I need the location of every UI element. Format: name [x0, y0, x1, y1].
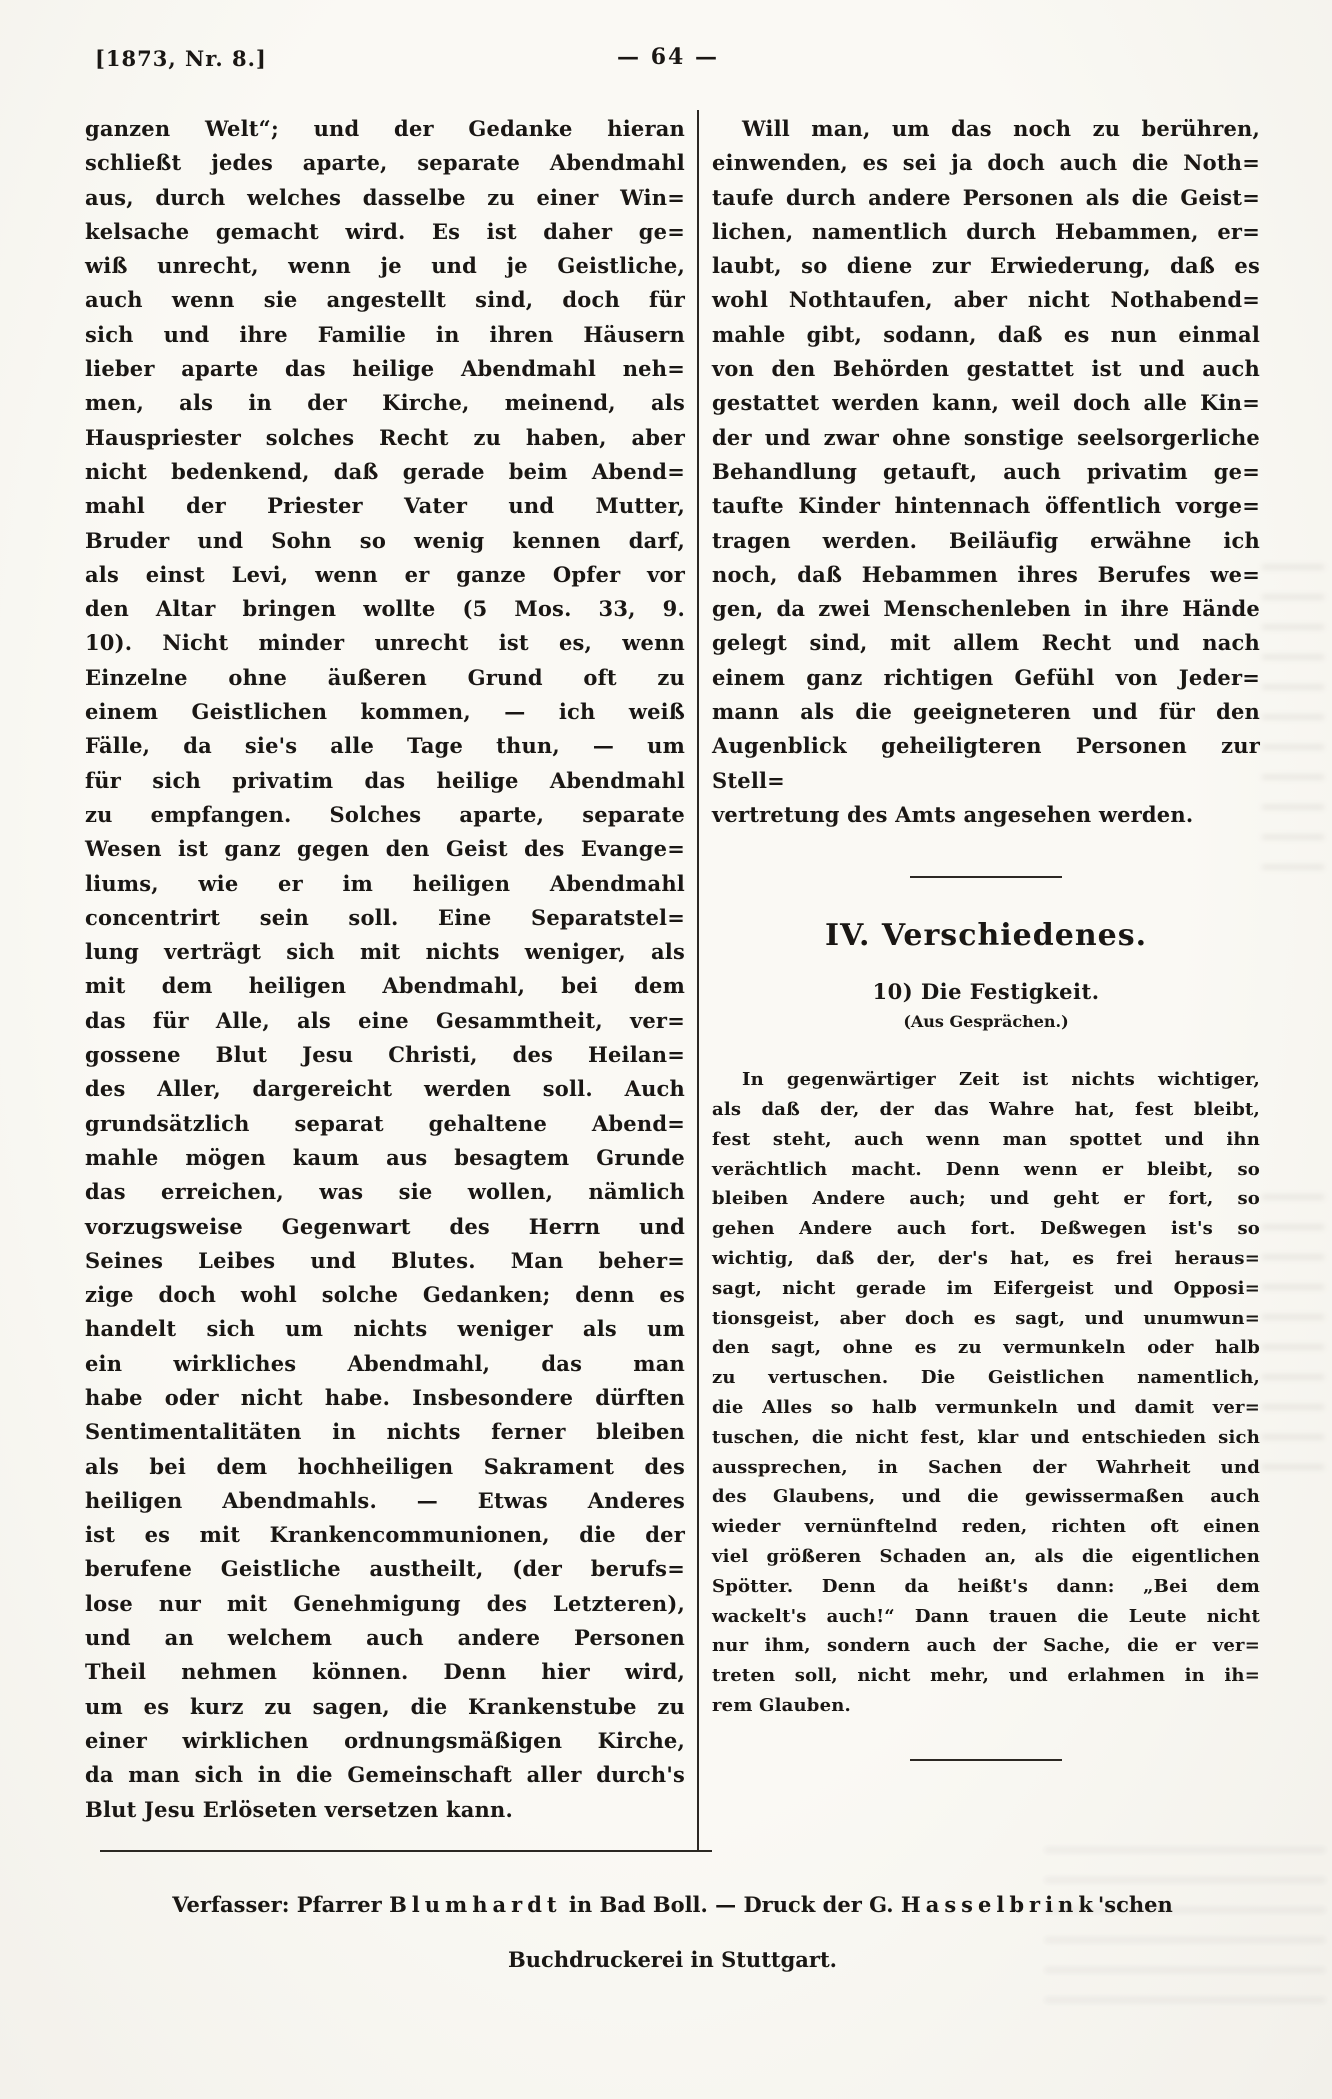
text-line: 10). Nicht minder unrecht ist es, wenn — [85, 626, 685, 660]
text-line: Will man, um das noch zu berühren, — [712, 112, 1260, 146]
text-line: sich und ihre Familie in ihren Häusern — [85, 318, 685, 352]
text-line: das für Alle, als eine Gesammtheit, ver= — [85, 1004, 685, 1038]
text-line: aus, durch welches dasselbe zu einer Win… — [85, 181, 685, 215]
text-line: zige doch wohl solche Gedanken; denn es — [85, 1278, 685, 1312]
text-line: grundsätzlich separat gehaltene Abend= — [85, 1107, 685, 1141]
text-line: der und zwar ohne sonstige seelsorgerlic… — [712, 421, 1260, 455]
text-line: nur ihm, sondern auch der Sache, die er … — [712, 1631, 1260, 1661]
column-divider-rule — [697, 110, 699, 1852]
text-line: Blut Jesu Erlöseten versetzen kann. — [85, 1793, 685, 1827]
imprint-line-2: Buchdruckerei in Stuttgart. — [85, 1947, 1260, 1972]
page-number: — 64 — — [617, 44, 719, 70]
text-line: mahle mögen kaum aus besagtem Grunde — [85, 1141, 685, 1175]
text-line: nicht bedenkend, daß gerade beim Abend= — [85, 455, 685, 489]
text-line: einer wirklichen ordnungsmäßigen Kirche, — [85, 1724, 685, 1758]
imprint-prefix: Verfasser: Pfarrer — [172, 1892, 389, 1917]
text-line: Hauspriester solches Recht zu haben, abe… — [85, 421, 685, 455]
text-line: ein wirkliches Abendmahl, das man — [85, 1347, 685, 1381]
text-line: den Altar bringen wollte (5 Mos. 33, 9. — [85, 592, 685, 626]
imprint-line: Verfasser: Pfarrer Blumhardt in Bad Boll… — [85, 1892, 1260, 1917]
subsection-source: (Aus Gesprächen.) — [712, 1012, 1260, 1031]
text-line: mit dem heiligen Abendmahl, bei dem — [85, 969, 685, 1003]
text-line: mahl der Priester Vater und Mutter, — [85, 489, 685, 523]
end-separator-rule — [910, 1759, 1062, 1761]
text-line: wohl Nothtaufen, aber nicht Nothabend= — [712, 283, 1260, 317]
text-line: handelt sich um nichts weniger als um — [85, 1312, 685, 1346]
text-line: laubt, so diene zur Erwiederung, daß es — [712, 249, 1260, 283]
text-line: ganzen Welt“; und der Gedanke hieran — [85, 112, 685, 146]
text-line: berufene Geistliche austheilt, (der beru… — [85, 1552, 685, 1586]
text-line: Sentimentalitäten in nichts ferner bleib… — [85, 1415, 685, 1449]
text-line: und an welchem auch andere Personen — [85, 1621, 685, 1655]
text-line: die Alles so halb vermunkeln und damit v… — [712, 1393, 1260, 1423]
text-line: taufte Kinder hintennach öffentlich vorg… — [712, 489, 1260, 523]
text-line: gestattet werden kann, weil doch alle Ki… — [712, 386, 1260, 420]
text-line: für sich privatim das heilige Abendmahl — [85, 764, 685, 798]
text-line: lung verträgt sich mit nichts weniger, a… — [85, 935, 685, 969]
text-line: tionsgeist, aber doch es sagt, und unumw… — [712, 1304, 1260, 1334]
imprint-printer-name: Hasselbrink — [901, 1892, 1098, 1917]
text-line: um es kurz zu sagen, die Krankenstube zu — [85, 1690, 685, 1724]
section-separator-rule — [910, 876, 1062, 878]
text-line: rem Glauben. — [712, 1691, 1260, 1721]
page-bleed-through — [1262, 1195, 1324, 1485]
text-line: concentrirt sein soll. Eine Separatstel= — [85, 901, 685, 935]
footer-imprint: Verfasser: Pfarrer Blumhardt in Bad Boll… — [85, 1892, 1260, 1972]
text-line: wiß unrecht, wenn je und je Geistliche, — [85, 249, 685, 283]
text-line: mahle gibt, sodann, daß es nun einmal — [712, 318, 1260, 352]
text-line: Augenblick geheiligteren Personen zur St… — [712, 729, 1260, 798]
text-line: gossene Blut Jesu Christi, des Heilan= — [85, 1038, 685, 1072]
left-column: ganzen Welt“; und der Gedanke hieranschl… — [85, 112, 685, 1827]
imprint-suffix: 'schen — [1098, 1892, 1173, 1917]
text-line: verächtlich macht. Denn wenn er bleibt, … — [712, 1155, 1260, 1185]
text-line: auch wenn sie angestellt sind, doch für — [85, 283, 685, 317]
text-line: gehen Andere auch fort. Deßwegen ist's s… — [712, 1214, 1260, 1244]
imprint-author-name: Blumhardt — [389, 1892, 562, 1917]
text-line: gelegt sind, mit allem Recht und nach — [712, 626, 1260, 660]
text-line: tragen werden. Beiläufig erwähne ich — [712, 524, 1260, 558]
text-line: Bruder und Sohn so wenig kennen darf, — [85, 524, 685, 558]
text-line: einwenden, es sei ja doch auch die Noth= — [712, 146, 1260, 180]
footer-top-rule — [100, 1850, 712, 1852]
text-line: Einzelne ohne äußeren Grund oft zu — [85, 661, 685, 695]
text-line: zu vertuschen. Die Geistlichen namentlic… — [712, 1363, 1260, 1393]
issue-label: [1873, Nr. 8.] — [95, 46, 267, 71]
text-line: als einst Levi, wenn er ganze Opfer vor — [85, 558, 685, 592]
text-line: Spötter. Denn da heißt's dann: „Bei dem — [712, 1572, 1260, 1602]
text-line: vertretung des Amts angesehen werden. — [712, 798, 1260, 832]
text-line: Wesen ist ganz gegen den Geist des Evang… — [85, 832, 685, 866]
text-line: fest steht, auch wenn man spottet und ih… — [712, 1125, 1260, 1155]
text-line: des Aller, dargereicht werden soll. Auch — [85, 1072, 685, 1106]
text-line: treten soll, nicht mehr, und erlahmen in… — [712, 1661, 1260, 1691]
text-line: lieber aparte das heilige Abendmahl neh= — [85, 352, 685, 386]
page-bleed-through — [1262, 565, 1324, 895]
text-line: Theil nehmen können. Denn hier wird, — [85, 1655, 685, 1689]
text-line: lose nur mit Genehmigung des Letzteren), — [85, 1587, 685, 1621]
text-line: Seines Leibes und Blutes. Man beher= — [85, 1244, 685, 1278]
right-column: Will man, um das noch zu berühren,einwen… — [712, 112, 1260, 1761]
text-line: aussprechen, in Sachen der Wahrheit und — [712, 1453, 1260, 1483]
text-line: wichtig, daß der, der's hat, es frei her… — [712, 1244, 1260, 1274]
right-column-paragraph: Will man, um das noch zu berühren,einwen… — [712, 112, 1260, 832]
text-line: zu empfangen. Solches aparte, separate — [85, 798, 685, 832]
subsection-paragraph: In gegenwärtiger Zeit ist nichts wichtig… — [712, 1065, 1260, 1721]
text-line: kelsache gemacht wird. Es ist daher ge= — [85, 215, 685, 249]
text-line: Behandlung getauft, auch privatim ge= — [712, 455, 1260, 489]
text-line: da man sich in die Gemeinschaft aller du… — [85, 1758, 685, 1792]
text-line: ist es mit Krankencommunionen, die der — [85, 1518, 685, 1552]
text-line: als bei dem hochheiligen Sakrament des — [85, 1450, 685, 1484]
text-line: bleiben Andere auch; und geht er fort, s… — [712, 1184, 1260, 1214]
text-line: liums, wie er im heiligen Abendmahl — [85, 867, 685, 901]
text-line: taufe durch andere Personen als die Geis… — [712, 181, 1260, 215]
section-heading: IV. Verschiedenes. — [712, 918, 1260, 953]
text-line: In gegenwärtiger Zeit ist nichts wichtig… — [712, 1065, 1260, 1095]
text-line: men, als in der Kirche, meinend, als — [85, 386, 685, 420]
text-line: als daß der, der das Wahre hat, fest ble… — [712, 1095, 1260, 1125]
text-line: noch, daß Hebammen ihres Berufes we= — [712, 558, 1260, 592]
text-line: wackelt's auch!“ Dann trauen die Leute n… — [712, 1602, 1260, 1632]
text-line: mann als die geeigneteren und für den — [712, 695, 1260, 729]
text-line: einem Geistlichen kommen, — ich weiß — [85, 695, 685, 729]
text-line: lichen, namentlich durch Hebammen, er= — [712, 215, 1260, 249]
text-line: das erreichen, was sie wollen, nämlich — [85, 1175, 685, 1209]
text-line: den sagt, ohne es zu vermunkeln oder hal… — [712, 1333, 1260, 1363]
text-line: viel größeren Schaden an, als die eigent… — [712, 1542, 1260, 1572]
text-line: habe oder nicht habe. Insbesondere dürft… — [85, 1381, 685, 1415]
text-line: sagt, nicht gerade im Eifergeist und Opp… — [712, 1274, 1260, 1304]
text-line: einem ganz richtigen Gefühl von Jeder= — [712, 661, 1260, 695]
text-line: von den Behörden gestattet ist und auch — [712, 352, 1260, 386]
text-line: vorzugsweise Gegenwart des Herrn und — [85, 1210, 685, 1244]
text-line: schließt jedes aparte, separate Abendmah… — [85, 146, 685, 180]
text-line: tuschen, die nicht fest, klar und entsch… — [712, 1423, 1260, 1453]
text-line: heiligen Abendmahls. — Etwas Anderes — [85, 1484, 685, 1518]
text-line: gen, da zwei Menschenleben in ihre Hände — [712, 592, 1260, 626]
scanned-document-page: [1873, Nr. 8.] — 64 — ganzen Welt“; und … — [0, 0, 1332, 2099]
text-line: wieder vernünftelnd reden, richten oft e… — [712, 1512, 1260, 1542]
imprint-middle: in Bad Boll. — Druck der G. — [562, 1892, 901, 1917]
subsection-title: 10) Die Festigkeit. — [712, 979, 1260, 1004]
text-line: des Glaubens, und die gewissermaßen auch — [712, 1482, 1260, 1512]
text-line: Fälle, da sie's alle Tage thun, — um — [85, 729, 685, 763]
